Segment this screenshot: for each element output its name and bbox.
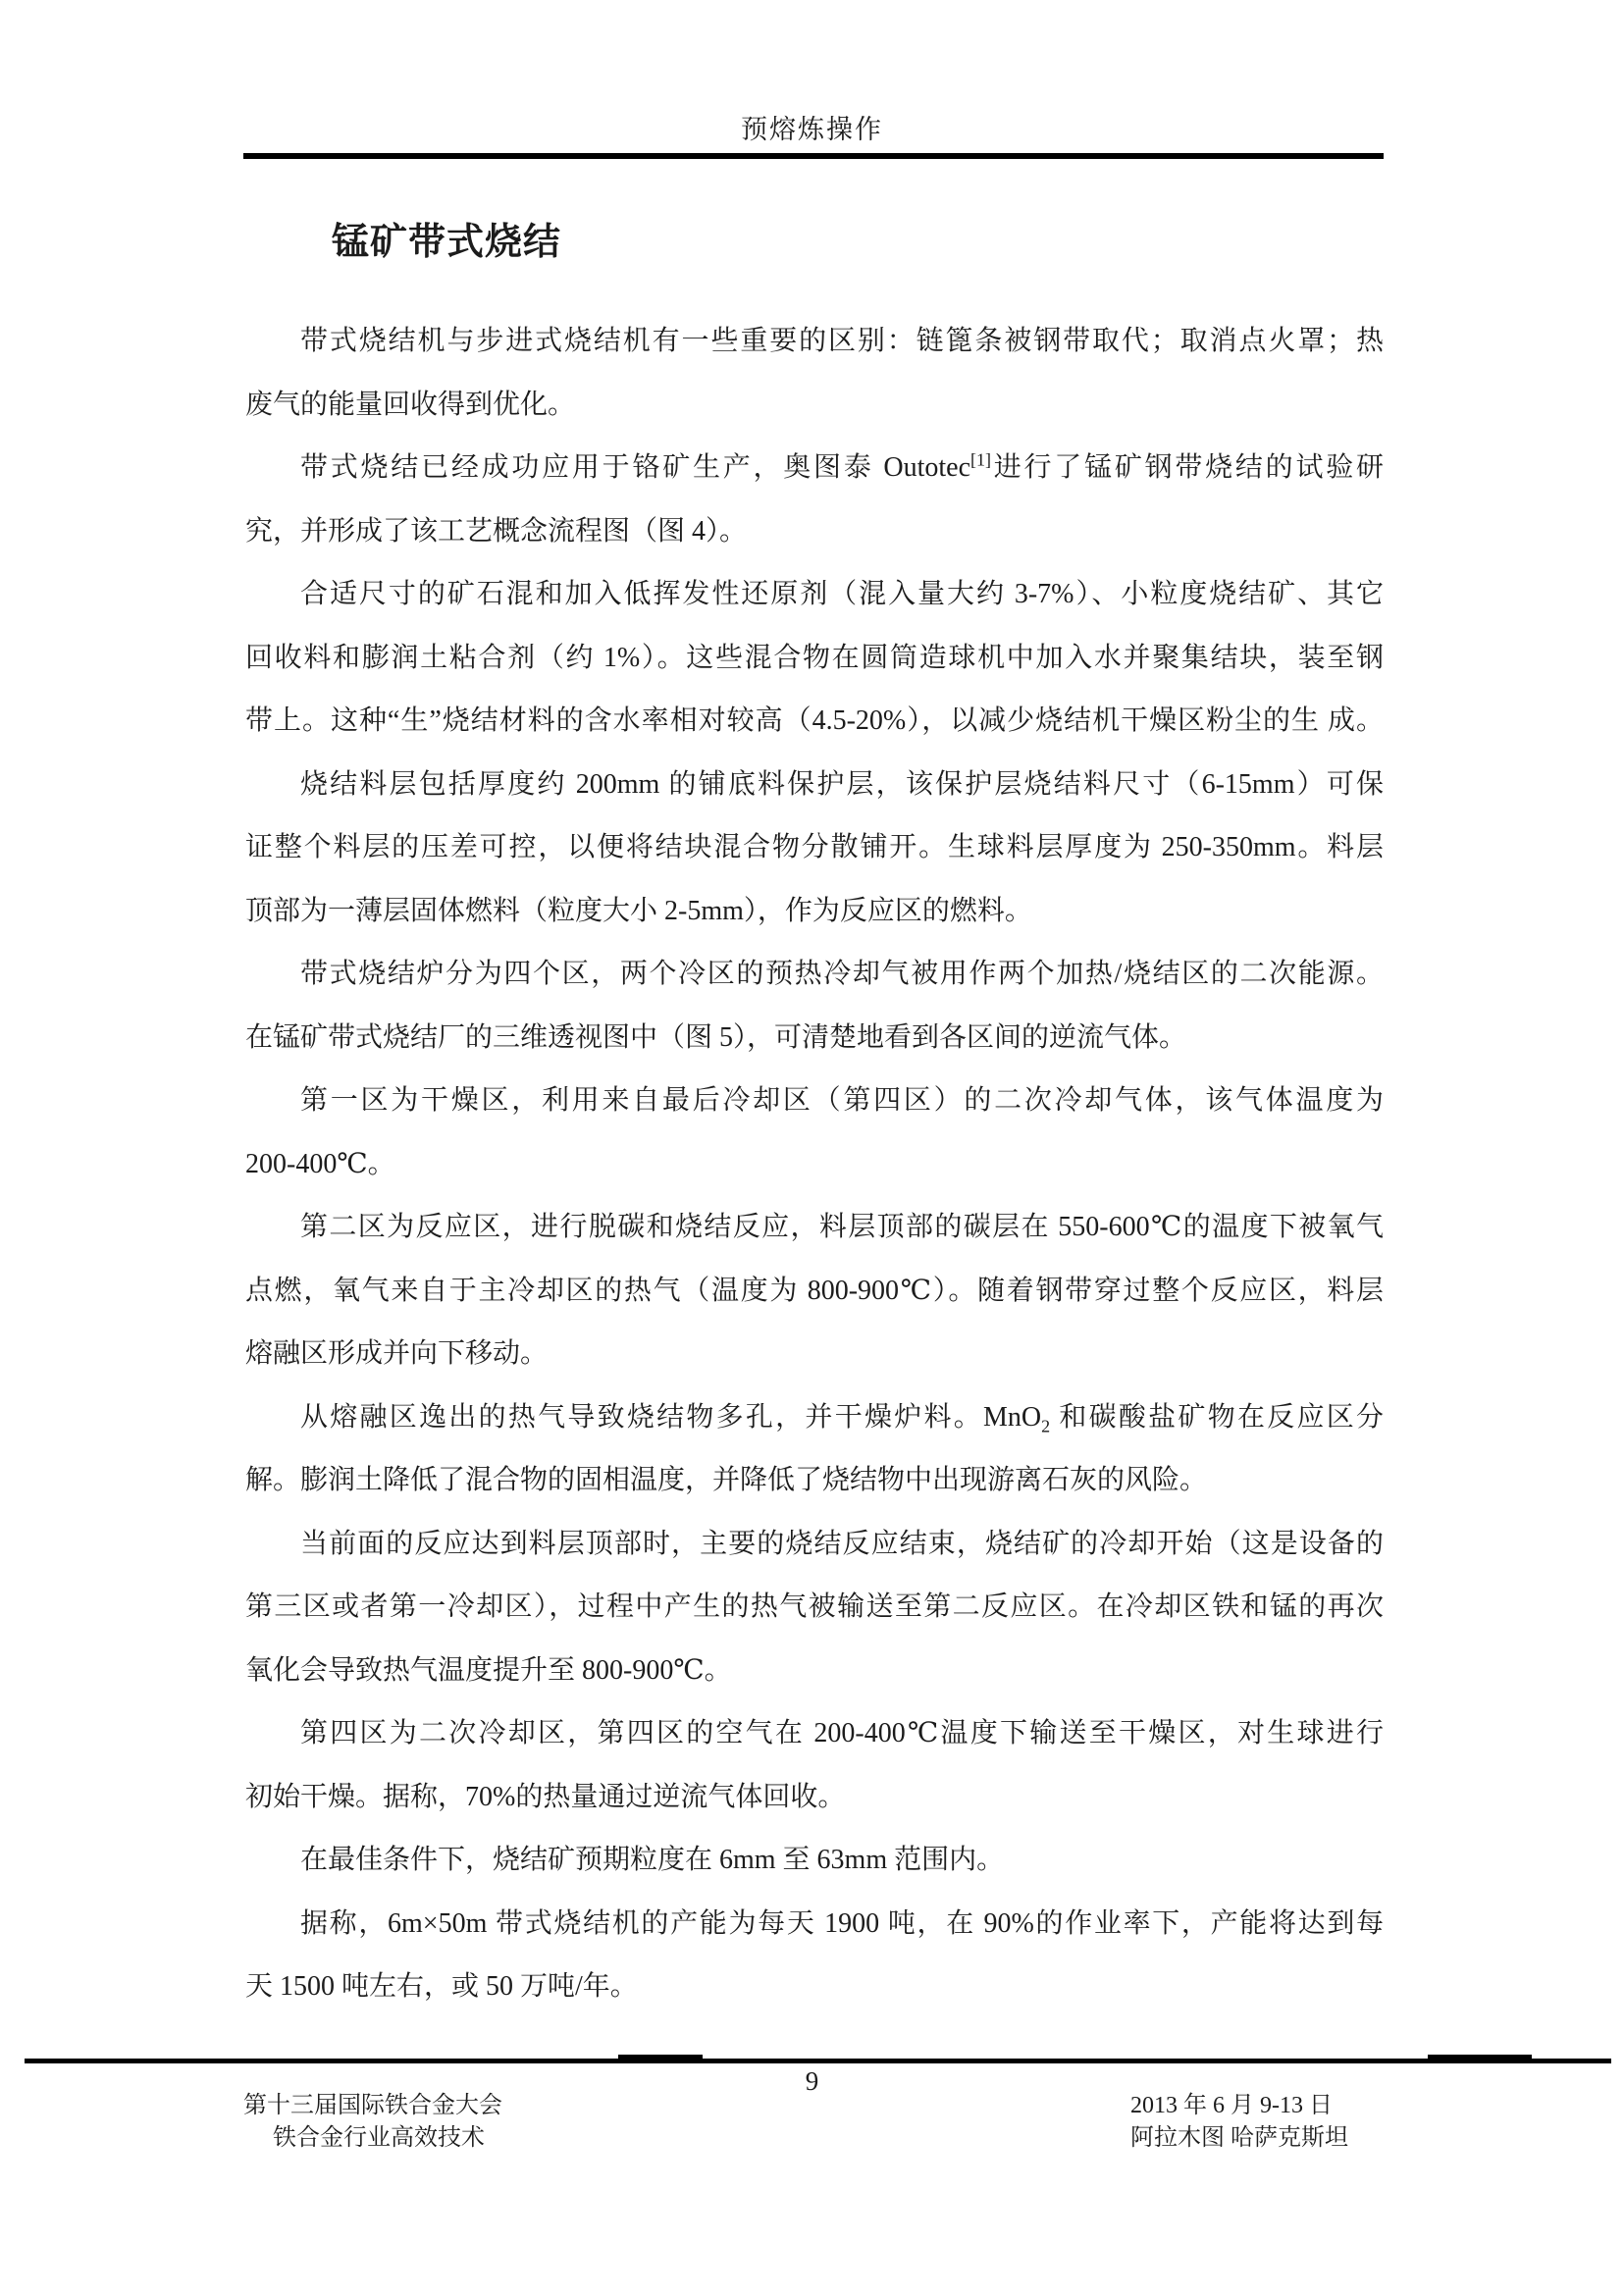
footer-rule-artifact-left <box>618 2055 703 2060</box>
footer-left-block: 第十三届国际铁合金大会 铁合金行业高效技术 <box>243 2090 502 2155</box>
footer-date: 2013 年 6 月 9-13 日 <box>1130 2090 1348 2122</box>
text-segment: 从熔融区逸出的热气导致烧结物多孔，并干燥炉料。MnO <box>300 1402 1041 1433</box>
body-line: 顶部为一薄层固体燃料（粒度大小 2-5mm），作为反应区的燃料。 <box>245 880 1384 944</box>
running-header-title: 预熔炼操作 <box>0 114 1624 145</box>
body-line: 200-400℃。 <box>245 1133 1384 1197</box>
body-line: 第四区为二次冷却区，第四区的空气在 200-400℃温度下输送至干燥区，对生球进… <box>245 1702 1384 1766</box>
body-line: 废气的能量回收得到优化。 <box>245 374 1384 438</box>
body-line: 证整个料层的压差可控，以便将结块混合物分散铺开。生球料层厚度为 250-350m… <box>245 816 1384 880</box>
body-line: 第一区为干燥区，利用来自最后冷却区（第四区）的二次冷却气体，该气体温度为 <box>245 1069 1384 1133</box>
section-title: 锰矿带式烧结 <box>332 220 561 265</box>
body-line: 据称，6m×50m 带式烧结机的产能为每天 1900 吨，在 90%的作业率下，… <box>245 1893 1384 1956</box>
footer-conference-name: 第十三届国际铁合金大会 <box>243 2090 502 2122</box>
body-line: 在最佳条件下，烧结矿预期粒度在 6mm 至 63mm 范围内。 <box>245 1829 1384 1893</box>
body-line: 烧结料层包括厚度约 200mm 的铺底料保护层，该保护层烧结料尺寸（6-15mm… <box>245 754 1384 817</box>
body-line: 第三区或者第一冷却区），过程中产生的热气被输送至第二反应区。在冷却区铁和锰的再次 <box>245 1576 1384 1640</box>
body-line: 回收料和膨润土粘合剂（约 1%）。这些混合物在圆筒造球机中加入水并聚集结块，装至… <box>245 627 1384 691</box>
footer-right-block: 2013 年 6 月 9-13 日 阿拉木图 哈萨克斯坦 <box>1130 2090 1348 2155</box>
body-line: 带式烧结已经成功应用于铬矿生产，奥图泰 Outotec[1]进行了锰矿钢带烧结的… <box>245 437 1384 500</box>
body-line: 合适尺寸的矿石混和加入低挥发性还原剂（混入量大约 3-7%）、小粒度烧结矿、其它 <box>245 563 1384 627</box>
document-body: 带式烧结机与步进式烧结机有一些重要的区别：链篦条被钢带取代；取消点火罩；热废气的… <box>245 310 1384 2019</box>
body-line: 当前面的反应达到料层顶部时，主要的烧结反应结束，烧结矿的冷却开始（这是设备的 <box>245 1513 1384 1577</box>
document-page: 预熔炼操作 锰矿带式烧结 带式烧结机与步进式烧结机有一些重要的区别：链篦条被钢带… <box>0 0 1624 2295</box>
body-line: 氧化会导致热气温度提升至 800-900℃。 <box>245 1640 1384 1703</box>
body-line: 熔融区形成并向下移动。 <box>245 1323 1384 1386</box>
body-line: 带上。这种“生”烧结材料的含水率相对较高（4.5-20%），以减少烧结机干燥区粉… <box>245 690 1384 754</box>
body-line: 带式烧结机与步进式烧结机有一些重要的区别：链篦条被钢带取代；取消点火罩；热 <box>245 310 1384 374</box>
body-line: 天 1500 吨左右，或 50 万吨/年。 <box>245 1956 1384 2019</box>
body-line: 从熔融区逸出的热气导致烧结物多孔，并干燥炉料。MnO2 和碳酸盐矿物在反应区分 <box>245 1386 1384 1450</box>
body-line: 第二区为反应区，进行脱碳和烧结反应，料层顶部的碳层在 550-600℃的温度下被… <box>245 1196 1384 1260</box>
footer-rule-artifact-right <box>1428 2055 1532 2060</box>
body-line: 初始干燥。据称，70%的热量通过逆流气体回收。 <box>245 1766 1384 1830</box>
text-segment: 带式烧结已经成功应用于铬矿生产，奥图泰 Outotec <box>300 452 970 483</box>
text-segment: 和碳酸盐矿物在反应区分 <box>1050 1402 1384 1433</box>
sub-text-segment: 2 <box>1041 1416 1050 1435</box>
body-line: 在锰矿带式烧结厂的三维透视图中（图 5），可清楚地看到各区间的逆流气体。 <box>245 1007 1384 1070</box>
footer-conference-subtitle: 铁合金行业高效技术 <box>243 2122 502 2155</box>
sup-text-segment: [1] <box>970 450 991 470</box>
body-line: 点燃，氧气来自于主冷却区的热气（温度为 800-900℃）。随着钢带穿过整个反应… <box>245 1260 1384 1324</box>
body-line: 解。膨润土降低了混合物的固相温度，并降低了烧结物中出现游离石灰的风险。 <box>245 1449 1384 1513</box>
text-segment: 进行了锰矿钢带烧结的试验研 <box>991 452 1384 483</box>
body-line: 带式烧结炉分为四个区，两个冷区的预热冷却气被用作两个加热/烧结区的二次能源。 <box>245 943 1384 1007</box>
footer-rule <box>25 2059 1611 2063</box>
body-line: 究，并形成了该工艺概念流程图（图 4）。 <box>245 500 1384 564</box>
footer-location: 阿拉木图 哈萨克斯坦 <box>1130 2122 1348 2155</box>
header-rule <box>243 153 1384 159</box>
